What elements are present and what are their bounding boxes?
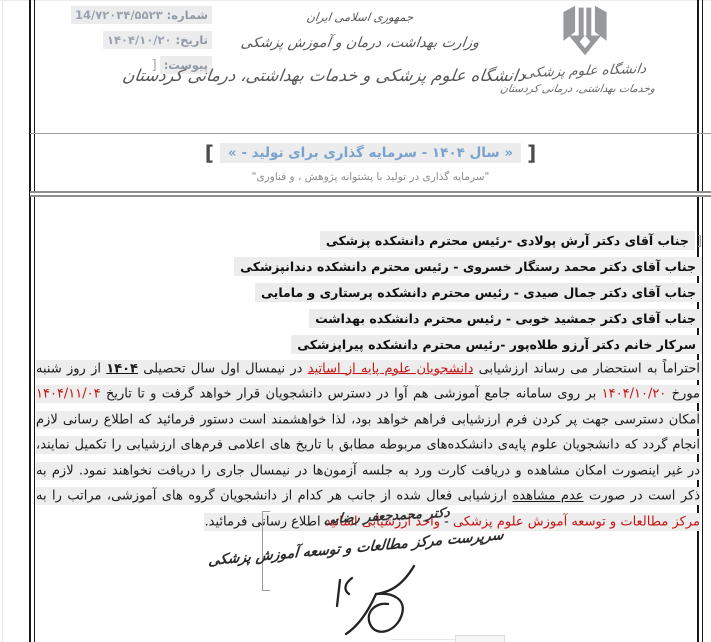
- body-segment: احتراماً به استحضار می رساند ارزشیابی: [473, 360, 700, 378]
- body-segment: بر روی سامانه جامع آموزشی هم آوا در دستر…: [101, 385, 602, 403]
- recipient-text: جناب آقای دکتر جمال صیدی - رئیس محترم دا…: [255, 283, 702, 302]
- body-segment: ۱۴۰۴: [106, 360, 138, 378]
- date-field: تاریخ: ۱۴۰۴/۱۰/۲۰: [34, 29, 212, 49]
- left-border-rule: [29, 0, 35, 642]
- slogan-bracket-left: [: [205, 144, 214, 162]
- recipient-line: [جناب آقای دکتر آرش پولادی -رئیس محترم د…: [36, 230, 702, 250]
- date-value: ۱۴۰۴/۱۰/۲۰: [107, 33, 172, 47]
- footer-line-remnant: [390, 639, 455, 640]
- body-paragraph: احتراماً به استحضار می رساند ارزشیابی دا…: [36, 356, 700, 535]
- letterhead-center: جمهوری اسلامی ایران وزارت بهداشت، درمان …: [195, 10, 525, 85]
- number-value: 14/۷۲۰۳۴/۵۵۲۳: [75, 8, 163, 22]
- year-slogan-banner: [ « سال ۱۴۰۴ - سرمایه گذاری برای تولید -…: [30, 143, 711, 163]
- recipient-text: جناب آقای دکتر آرش پولادی -رئیس محترم دا…: [320, 231, 695, 250]
- university-logo-block: دانشگاه علوم پزشکی وخدمات بهداشتی، درمان…: [515, 2, 655, 95]
- slogan-subtitle: "سرمایه گذاری در تولید با پشتوانه پژوهش …: [30, 171, 711, 183]
- university-logo-icon: [558, 2, 612, 60]
- header-divider: [30, 133, 711, 134]
- recipient-text: جناب آقای دکتر جمشید خوبی - رئیس محترم د…: [309, 309, 702, 328]
- slogan-divider: [30, 191, 711, 197]
- ministry-line: وزارت بهداشت، درمان و آموزش پزشکی: [194, 35, 526, 51]
- field-marker-bracket: [: [697, 234, 702, 249]
- year-slogan-text: « سال ۱۴۰۴ - سرمایه گذاری برای تولید - »: [220, 143, 521, 163]
- recipient-line: سرکار خانم دکتر آرزو طلاه‌پور -رئیس محتر…: [36, 334, 702, 354]
- top-edge-line: [0, 0, 711, 1]
- university-line: دانشگاه علوم پزشکی و خدمات بهداشتی، درما…: [194, 66, 527, 85]
- body-segment: ارزشیابی فعال شده از جانب هر کدام از دان…: [36, 487, 512, 505]
- body-segment: ۱۴۰۴/۱۱/۰۴: [36, 385, 101, 403]
- number-field: شماره: 14/۷۲۰۳۴/۵۵۲۳: [34, 4, 212, 24]
- recipient-line: جناب آقای دکتر جمال صیدی - رئیس محترم دا…: [36, 282, 702, 302]
- recipient-line: جناب آقای دکتر محمد رستگار خسروی - رئیس …: [36, 256, 702, 276]
- letter-body-wrap: احتراماً به استحضار می رساند ارزشیابی دا…: [36, 356, 700, 535]
- page-edge-line: [2, 0, 3, 642]
- country-line: جمهوری اسلامی ایران: [194, 10, 526, 24]
- body-segment: در نیمسال اول سال تحصیلی: [138, 360, 308, 378]
- footer-field-remnant: [455, 635, 505, 642]
- letter-page: شماره: 14/۷۲۰۳۴/۵۵۲۳ تاریخ: ۱۴۰۴/۱۰/۲۰ پ…: [0, 0, 711, 642]
- body-segment: ۱۴۰۴/۱۰/۲۰: [602, 385, 667, 403]
- recipient-text: جناب آقای دکتر محمد رستگار خسروی - رئیس …: [234, 257, 702, 276]
- logo-caption-services: وخدمات بهداشتی، درمانی کردستان: [514, 83, 656, 95]
- recipient-line: جناب آقای دکتر جمشید خوبی - رئیس محترم د…: [36, 308, 702, 328]
- logo-caption-university: دانشگاه علوم پزشکی: [513, 61, 656, 82]
- body-segment: عدم مشاهده: [512, 487, 583, 505]
- number-chip: شماره: 14/۷۲۰۳۴/۵۵۲۳: [71, 6, 212, 24]
- handwritten-signature-icon: [318, 558, 438, 640]
- slogan-bracket-right: ]: [527, 144, 536, 162]
- body-segment: دانشجویان علوم پایه از اساتید: [308, 360, 474, 378]
- recipient-text: سرکار خانم دکتر آرزو طلاه‌پور -رئیس محتر…: [291, 335, 702, 354]
